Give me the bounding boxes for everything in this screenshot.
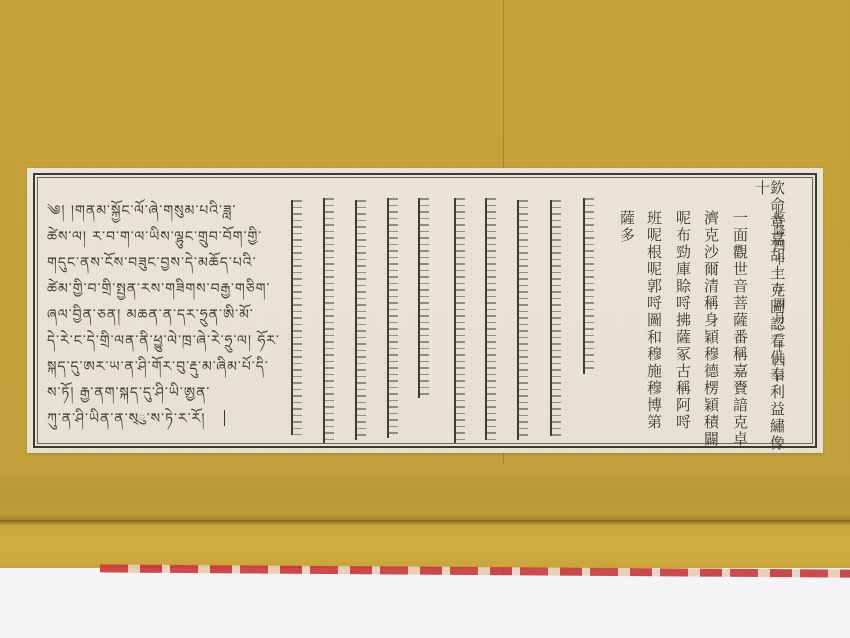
tibetan-line-9: ཀུ་ན་ཤི་ཡིན་ན་ས྄ུ་ས་ཏེ་ར་རོ། [47,402,205,442]
chinese-column-3: 一面觀世音菩薩番稱嘉賚諳克卓 [732,210,747,448]
mongolian-column-4 [485,198,499,440]
manchu-column-3 [355,200,369,440]
silk-fold-upper [0,465,850,525]
mongolian-column-3 [517,200,531,440]
manchu-column-2 [387,198,401,438]
chinese-column-4: 濟克沙爾清稱身穎穆德楞穎積闢 [703,210,718,448]
silk-fold-lower [0,520,850,568]
chinese-column-6: 班呢根呢郭哷圖和穆施穆博第 [646,210,661,431]
manchu-column-5 [291,200,305,435]
inscription-label: 乾隆四十三年四月二十四日 欽命章嘉胡土克圖認看供奉利益繡像十 一面觀世音菩薩番稱… [27,168,823,453]
mongolian-column-1 [583,198,597,374]
manchu-column-1 [418,198,432,398]
chinese-column-5: 呢布勁庫賒哷拂薩冢古稱阿哷 [675,210,690,431]
white-backdrop [0,578,850,638]
tibetan-shad-mark [224,410,225,426]
chinese-column-7: 薩多 [619,210,634,244]
chinese-column-2: 欽命章嘉胡土克圖認看供奉利益繡像十 [754,180,784,453]
mongolian-column-2 [550,200,564,436]
mongolian-column-5 [454,198,468,443]
manchu-column-4 [323,198,337,443]
